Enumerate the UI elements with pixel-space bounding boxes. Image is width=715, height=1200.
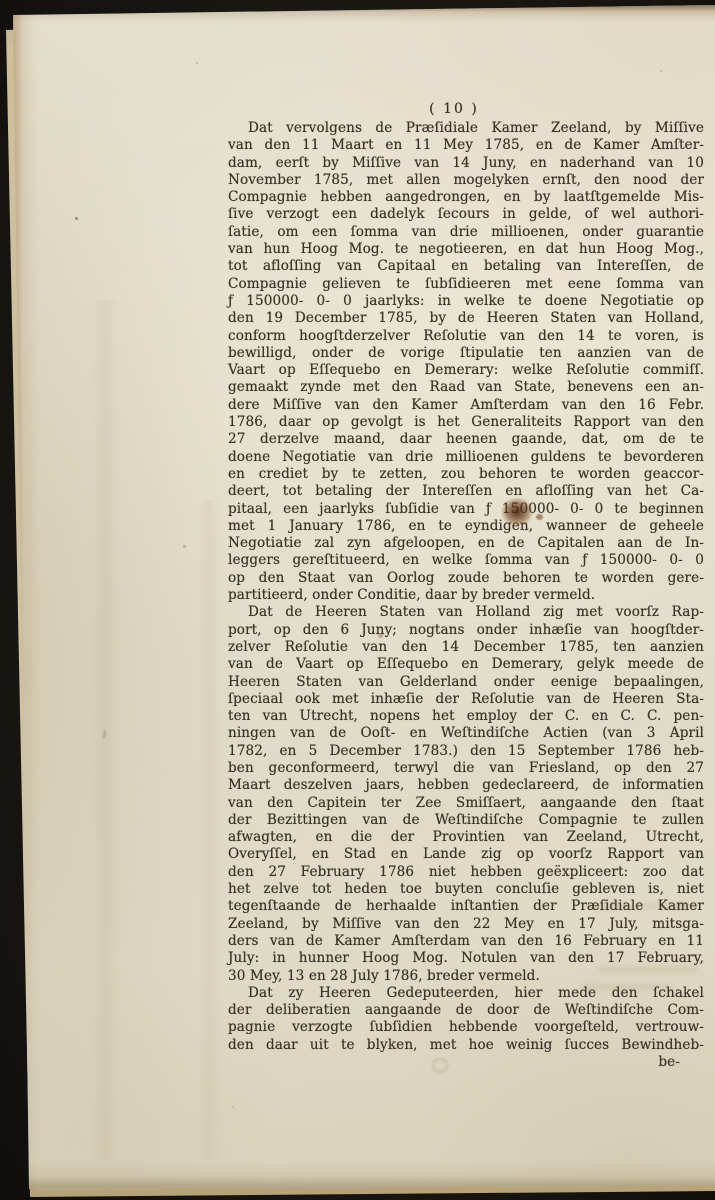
text-line: doene Negotiatie van drie millioenen gul… <box>228 449 704 466</box>
text-line: Dat de Heeren Staten van Holland zig met… <box>228 604 704 621</box>
text-line: van hun Hoog Mog. te negotieeren, en dat… <box>228 241 704 258</box>
bleed-through-smudge <box>580 984 672 990</box>
text-line: van den Capitein ter Zee Smiſſaert, aang… <box>228 795 704 812</box>
text-line: van den 11 Maart en 11 Mey 1785, en de K… <box>228 137 704 154</box>
rust-spot <box>378 633 383 638</box>
catchword: be- <box>228 1054 704 1071</box>
text-line: ders van de Kamer Amſterdam van den 16 F… <box>228 933 704 950</box>
text-line: van de Vaart op Eſſequebo en Demerary, g… <box>228 656 704 673</box>
text-line: 1782, en 5 December 1783.) den 15 Septem… <box>228 743 704 760</box>
text-line: leggers gereſtitueerd, en welke ſomma va… <box>228 552 704 569</box>
paper-speck <box>75 217 78 220</box>
text-line: Vaart op Eſſequebo en Demerary: welke Re… <box>228 362 704 379</box>
text-line: en crediet by te zetten, zou behoren te … <box>228 466 704 483</box>
text-line: het zelve tot heden toe buyten concluſie… <box>228 881 704 898</box>
bleed-through-smudge <box>432 1058 448 1073</box>
text-line: pagnie verzogte ſubſidien hebbende voorg… <box>228 1019 704 1036</box>
text-line: dere Miſſive van den Kamer Amſterdam van… <box>228 397 704 414</box>
text-line: pitaal, een jaarlyks ſubſidie van ƒ 1500… <box>228 501 704 518</box>
text-line: Overyſſel, en Stad en Lande zig op voorſ… <box>228 846 704 863</box>
page-number: ( 10 ) <box>228 101 704 119</box>
text-line: ſpeciaal ook met inhæſie der Reſolutie v… <box>228 691 704 708</box>
text-line: tot afloſſing van Capitaal en betaling v… <box>228 258 704 275</box>
text-line: afwagten, en die der Provintien van Zeel… <box>228 829 704 846</box>
bleed-through-smudge <box>598 966 698 973</box>
text-line: Maart deszelven jaars, hebben gedeclaree… <box>228 777 704 794</box>
book-page: ( 10 ) Dat vervolgens de Præſidiale Kame… <box>0 0 715 1200</box>
scan-background: { "colors": { "paper": "#e2ddca", "ink":… <box>0 0 715 1200</box>
text-line: zelver Reſolutie van den 14 December 178… <box>228 639 704 656</box>
text-line: Dat vervolgens de Præſidiale Kamer Zeela… <box>228 120 704 137</box>
paper-speck <box>660 70 662 72</box>
text-line: gemaakt zynde met den Raad van State, be… <box>228 379 704 396</box>
text-line: November 1785, met allen mogelyken ernſt… <box>228 172 704 189</box>
text-line: ningen van de Ooſt- en Weſtindiſche Acti… <box>228 725 704 742</box>
text-line: bewilligd, onder de vorige ſtipulatie te… <box>228 345 704 362</box>
text-line: Negotiatie zal zyn afgeloopen, en de Cap… <box>228 535 704 552</box>
text-line: Compagnie gelieven te ſubſidieeren met e… <box>228 276 704 293</box>
text-line: ſive verzogt een dadelyk ſecours in geld… <box>228 206 704 223</box>
text-line: der deliberatien aangaande de door de We… <box>228 1002 704 1019</box>
text-line: 1786, daar op gevolgt is het Generalitei… <box>228 414 704 431</box>
paper-speck <box>196 62 198 64</box>
ink-stain-dot <box>536 514 543 520</box>
ink-stain <box>495 492 539 532</box>
text-line: Zeeland, by Miſſive van den 22 Mey en 17… <box>228 916 704 933</box>
bleed-through-smudge <box>585 903 697 909</box>
text-line: ben geconformeerd, terwyl die van Friesl… <box>228 760 704 777</box>
text-line: ſatie, om een ſomma van drie millioenen,… <box>228 224 704 241</box>
text-line: Compagnie hebben aangedrongen, en by laa… <box>228 189 704 206</box>
text-line: ƒ 150000- 0- 0 jaarlyks: in welke te doe… <box>228 293 704 310</box>
text-line: dam, eerſt by Miſſive van 14 Juny, en na… <box>228 155 704 172</box>
text-line: conform hoogſtderzelver Reſolutie van de… <box>228 328 704 345</box>
paper-streak <box>198 500 220 1160</box>
text-line: port, op den 6 Juny; nogtans onder inhæſ… <box>228 622 704 639</box>
text-line: ten van Utrecht, nopens het employ der C… <box>228 708 704 725</box>
text-line: der Bezittingen van de Weſtindiſche Comp… <box>228 812 704 829</box>
text-line: den 19 December 1785, by de Heeren State… <box>228 310 704 327</box>
body-text: Dat vervolgens de Præſidiale Kamer Zeela… <box>228 120 704 1071</box>
text-line: deert, tot betaling der Intereſſen en af… <box>228 483 704 500</box>
page-top-edge <box>0 0 715 22</box>
text-line: den daar uit te blyken, met hoe weinig ſ… <box>228 1037 704 1054</box>
text-line: den 27 February 1786 niet hebben geëxpli… <box>228 864 704 881</box>
paper-speck <box>183 545 186 548</box>
text-line: met 1 January 1786, en te eyndigen, wann… <box>228 518 704 535</box>
paper-speck <box>102 730 107 739</box>
text-line: op den Staat van Oorlog zoude behoren te… <box>228 570 704 587</box>
text-line: partitieerd, onder Conditie, daar by bre… <box>228 587 704 604</box>
text-line: 27 derzelve maand, daar heenen gaande, d… <box>228 431 704 448</box>
paper-speck <box>232 1106 234 1108</box>
text-line: July: in hunner Hoog Mog. Notulen van de… <box>228 950 704 967</box>
text-line: Heeren Staten van Gelderland onder eenig… <box>228 674 704 691</box>
page-left-edge <box>13 14 39 1190</box>
